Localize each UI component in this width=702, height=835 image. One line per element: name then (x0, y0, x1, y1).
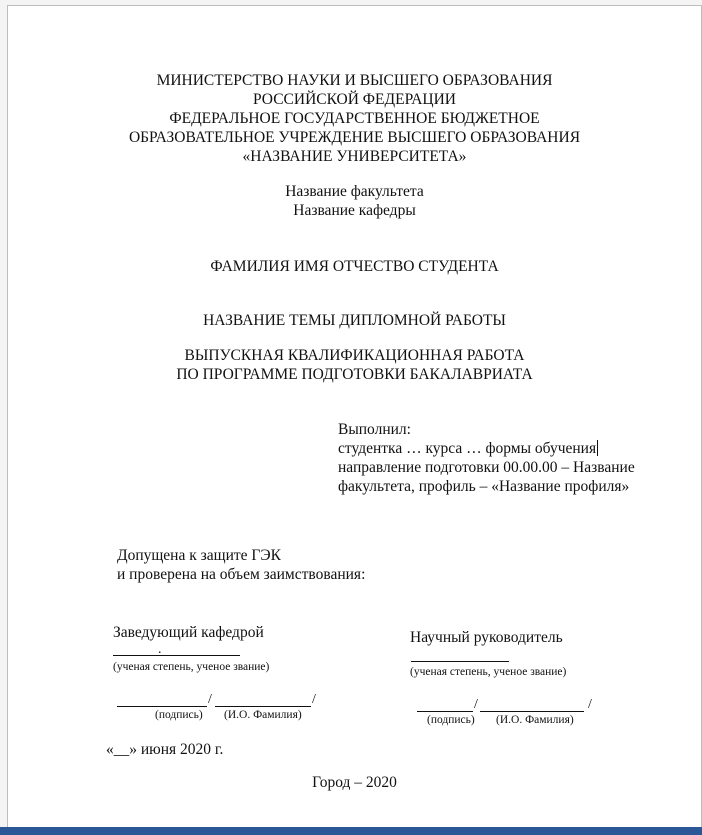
thesis-title: НАЗВАНИЕ ТЕМЫ ДИПЛОМНОЙ РАБОТЫ (8, 311, 701, 330)
head-separator-1: / (208, 693, 212, 707)
performed-by-profile-line: факультета, профиль – «Название профиля» (338, 477, 629, 496)
status-bar (0, 827, 702, 835)
head-name-line (215, 706, 311, 707)
supervisor-separator-2: / (588, 698, 592, 712)
faculty-name: Название факультета (8, 182, 701, 201)
header-line-university-name: «НАЗВАНИЕ УНИВЕРСИТЕТА» (8, 147, 701, 166)
admission-line-1: Допущена к защите ГЭК (117, 546, 281, 565)
student-name: ФАМИЛИЯ ИМЯ ОТЧЕСТВО СТУДЕНТА (8, 257, 701, 276)
head-separator-2: / (312, 693, 316, 707)
performed-by-student-line[interactable]: студентка … курса … формы обучения (338, 439, 598, 458)
supervisor-signature-caption: (подпись) (427, 713, 475, 727)
head-signature-line (117, 706, 207, 707)
header-line-ministry: МИНИСТЕРСТВО НАУКИ И ВЫСШЕГО ОБРАЗОВАНИЯ (8, 71, 701, 90)
head-of-department-title: Заведующий кафедрой (113, 623, 264, 642)
work-type-line-1: ВЫПУСКНАЯ КВАЛИФИКАЦИОННАЯ РАБОТА (8, 346, 701, 365)
header-line-federation: РОССИЙСКОЙ ФЕДЕРАЦИИ (8, 90, 701, 109)
performed-by-student-text: студентка … курса … формы обучения (338, 440, 596, 457)
supervisor-name-line (480, 711, 584, 712)
work-type-line-2: ПО ПРОГРАММЕ ПОДГОТОВКИ БАКАЛАВРИАТА (8, 365, 701, 384)
head-name-caption: (И.О. Фамилия) (224, 708, 302, 722)
supervisor-separator-1: / (474, 698, 478, 712)
head-signature-caption: (подпись) (155, 708, 203, 722)
header-line-federal-budget: ФЕДЕРАЛЬНОЕ ГОСУДАРСТВЕННОЕ БЮДЖЕТНОЕ (8, 109, 701, 128)
date-line: «__» июня 2020 г. (106, 740, 223, 759)
department-name: Название кафедры (8, 201, 701, 220)
admission-line-2: и проверена на объем заимствования: (117, 565, 365, 584)
header-line-educational-institution: ОБРАЗОВАТЕЛЬНОЕ УЧРЕЖДЕНИЕ ВЫСШЕГО ОБРАЗ… (8, 128, 701, 147)
performed-by-label: Выполнил: (338, 420, 411, 439)
head-degree-line (113, 655, 240, 656)
city-year: Город – 2020 (8, 773, 701, 792)
supervisor-degree-caption: (ученая степень, ученое звание) (410, 665, 566, 679)
head-degree-dot: . (158, 643, 162, 657)
performed-by-direction-line: направление подготовки 00.00.00 – Назван… (338, 458, 635, 477)
head-degree-caption: (ученая степень, ученое звание) (113, 660, 269, 674)
supervisor-degree-line (411, 661, 509, 662)
supervisor-name-caption: (И.О. Фамилия) (496, 713, 574, 727)
supervisor-title: Научный руководитель (410, 628, 563, 647)
text-cursor (597, 440, 598, 456)
supervisor-signature-line (417, 711, 473, 712)
document-page[interactable]: МИНИСТЕРСТВО НАУКИ И ВЫСШЕГО ОБРАЗОВАНИЯ… (7, 5, 702, 828)
